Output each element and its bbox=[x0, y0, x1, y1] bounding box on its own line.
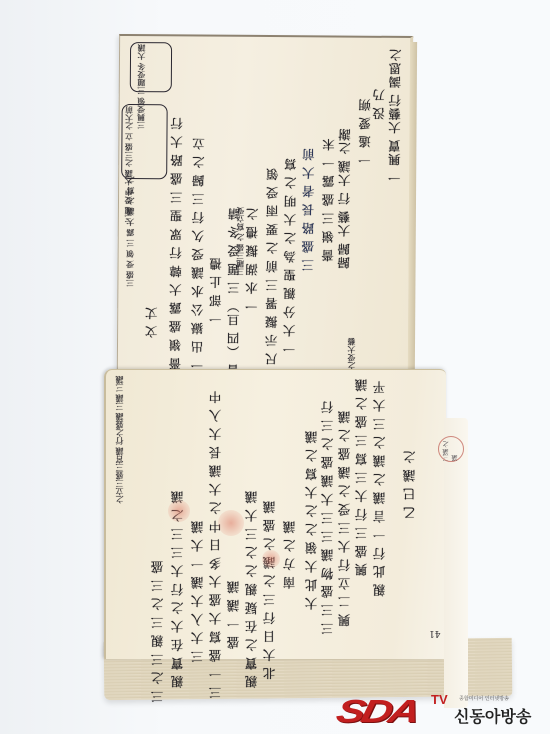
handwritten-column: 興 二 立 行 大 三 受 之 議 盛 之 議 bbox=[339, 410, 352, 627]
handwritten-column: 三 盛 路 長 者 大 前 bbox=[302, 147, 315, 271]
handwritten-column: 三 三 盛 物 議 三 三 大 議 盛 之 三 行 bbox=[322, 400, 335, 635]
handwritten-column: 嗇 嶺 三 盛 露 一 末 bbox=[322, 137, 335, 261]
logo-tv-label: TV bbox=[431, 692, 448, 707]
page-number: 41 bbox=[429, 628, 440, 638]
handwritten-column: 一 部 止 禮 bbox=[210, 257, 223, 326]
handwritten-column: 之立三盛三宮議 行之盛議 三議 三議 bbox=[116, 376, 124, 504]
handwritten-column: 文 丈 bbox=[146, 306, 159, 338]
manuscript-lower-page: 之立三盛三宮議 行之盛議 三議 三議 興 盛 三 行 大 三 寫 三 盛 之 議… bbox=[104, 369, 446, 659]
red-seal bbox=[168, 500, 190, 522]
red-seal bbox=[218, 510, 244, 536]
handwritten-column: 歸歸 大藝 行 大議 之謝 bbox=[338, 128, 351, 269]
logo-tagline: 종합미디어 인터넷방송 bbox=[459, 695, 509, 702]
annotation: 三題三盛 之 寫立受 bbox=[236, 207, 244, 276]
handwritten-column: 親 寶 之 在 疑 親 之 之 三 大 議 bbox=[246, 490, 259, 688]
handwritten-column: 没 乃 bbox=[373, 88, 386, 120]
handwritten-column: 三 大 入 大 議 一 大 議 bbox=[192, 520, 205, 663]
handwritten-column: 興 盛 三 行 大 三 寫 三 盛 之 議 bbox=[356, 378, 369, 576]
handwritten-column: 一 贊 嗇 嶺 盛 露 大 韓 行 眾 聖 三 盛 路 大 行 bbox=[169, 116, 184, 407]
handwritten-column: 三 之 三 親 三 之 三 盛 bbox=[152, 560, 165, 703]
handwritten-column: 南 方 之 議 bbox=[284, 520, 297, 589]
seal-stamp: 三議 之議 bbox=[438, 436, 464, 462]
handwritten-column: 盛 一 議 議 bbox=[228, 580, 241, 649]
annotation-bracket bbox=[130, 42, 172, 92]
annotation: 三盛 受 領 三 露 大 議 之 寫 之 bbox=[126, 176, 135, 287]
handwritten-column: 一 水 湖 擬 禮 之 bbox=[246, 207, 259, 313]
handwritten-column: 一 遙 愛 朔 bbox=[359, 98, 372, 167]
handwritten-column: 一 大 分 親 聖 為 之 大 明 之 寫 bbox=[283, 157, 297, 355]
handwritten-column: 北 大 日 行 三 之 議 之 盛 議 bbox=[264, 500, 277, 680]
handwritten-column: 一 興賣 大藝行 謁恩之 bbox=[389, 48, 402, 185]
annotation-bracket bbox=[121, 104, 168, 179]
manuscript-upper-page: 一 興賣 大藝行 謁恩之 没 乃 一 遙 愛 朔 歸歸 大藝 行 大議 之謝 嗇… bbox=[117, 34, 413, 371]
broadcaster-watermark-logo: SDA TV 종합미디어 인터넷방송 신동아방송 bbox=[337, 692, 550, 734]
logo-name: 신동아방송 bbox=[454, 704, 531, 727]
handwritten-column: 三 一 盛 寫 大 盛 大 多 日 中 之 大 議 長 大 入 中 bbox=[210, 390, 223, 699]
handwritten-column: 乙 巳 議 之 bbox=[404, 450, 417, 519]
red-seal bbox=[262, 550, 280, 568]
handwritten-column: 親 此 行 一 言 議 之 議 之 三 大 平 bbox=[374, 380, 387, 597]
handwritten-column: 大 此 大 嶺 之 之 大 寫 之 議 bbox=[306, 430, 319, 610]
